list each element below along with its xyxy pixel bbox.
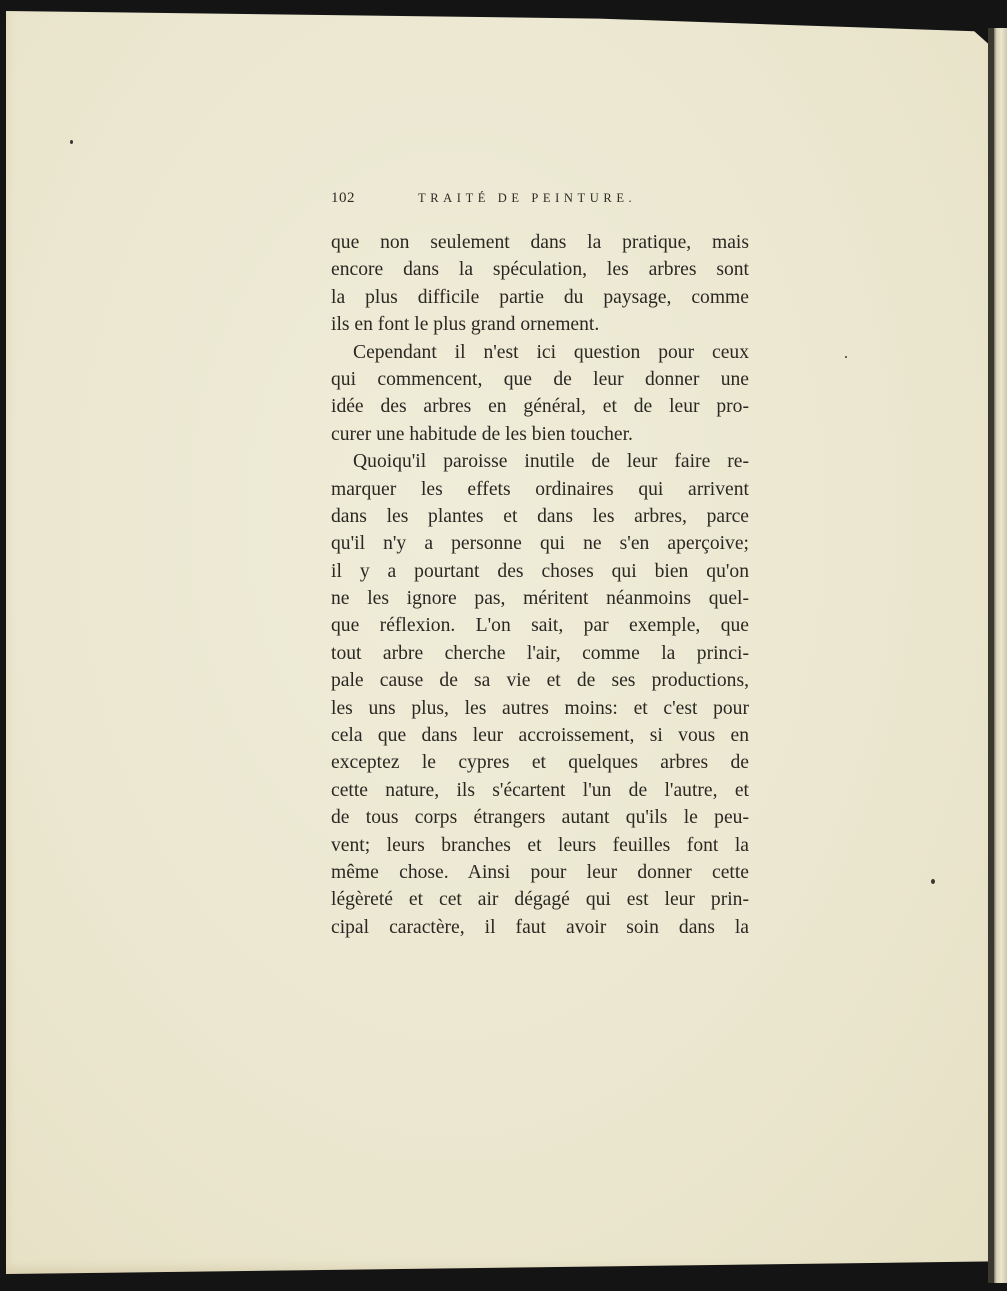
text-line: cela que dans leur accroissement, si vou…	[331, 722, 749, 749]
text-line: légèreté et cet air dégagé qui est leur …	[331, 886, 749, 913]
text-line: Cependant il n'est ici question pour ceu…	[331, 339, 749, 366]
text-line: que réflexion. L'on sait, par exemple, q…	[331, 612, 749, 639]
text-line: ne les ignore pas, méritent néanmoins qu…	[331, 585, 749, 612]
text-line: la plus difficile partie du paysage, com…	[331, 284, 749, 311]
text-line: de tous corps étrangers autant qu'ils le…	[331, 804, 749, 831]
paper-speck	[931, 879, 935, 884]
text-line: idée des arbres en général, et de leur p…	[331, 393, 749, 420]
body-text: que non seulement dans la pratique, mais…	[331, 229, 749, 941]
text-line: même chose. Ainsi pour leur donner cette	[331, 859, 749, 886]
text-line: qui commencent, que de leur donner une	[331, 366, 749, 393]
text-line: cipal caractère, il faut avoir soin dans…	[331, 914, 749, 941]
text-line: ils en font le plus grand ornement.	[331, 311, 749, 338]
text-line: curer une habitude de les bien toucher.	[331, 421, 749, 448]
text-line: il y a pourtant des choses qui bien qu'o…	[331, 558, 749, 585]
paper-speck	[845, 356, 847, 358]
text-line: marquer les effets ordinaires qui arrive…	[331, 476, 749, 503]
gutter-shadow	[988, 28, 994, 1283]
running-header: 102 TRAITÉ DE PEINTURE.	[331, 190, 751, 212]
text-line: encore dans la spéculation, les arbres s…	[331, 256, 749, 283]
text-line: tout arbre cherche l'air, comme la princ…	[331, 640, 749, 667]
running-title: TRAITÉ DE PEINTURE.	[418, 191, 636, 206]
page-number: 102	[331, 190, 355, 207]
text-line: cette nature, ils s'écartent l'un de l'a…	[331, 777, 749, 804]
text-line: les uns plus, les autres moins: et c'est…	[331, 695, 749, 722]
text-line: dans les plantes et dans les arbres, par…	[331, 503, 749, 530]
text-line: exceptez le cypres et quelques arbres de	[331, 749, 749, 776]
text-line: qu'il n'y a personne qui ne s'en aperçoi…	[331, 530, 749, 557]
scanned-book-page: 102 TRAITÉ DE PEINTURE. que non seulemen…	[0, 0, 1007, 1291]
paper-speck	[70, 140, 73, 144]
text-line: pale cause de sa vie et de ses productio…	[331, 667, 749, 694]
text-line: vent; leurs branches et leurs feuilles f…	[331, 832, 749, 859]
text-line: Quoiqu'il paroisse inutile de leur faire…	[331, 448, 749, 475]
text-line: que non seulement dans la pratique, mais	[331, 229, 749, 256]
